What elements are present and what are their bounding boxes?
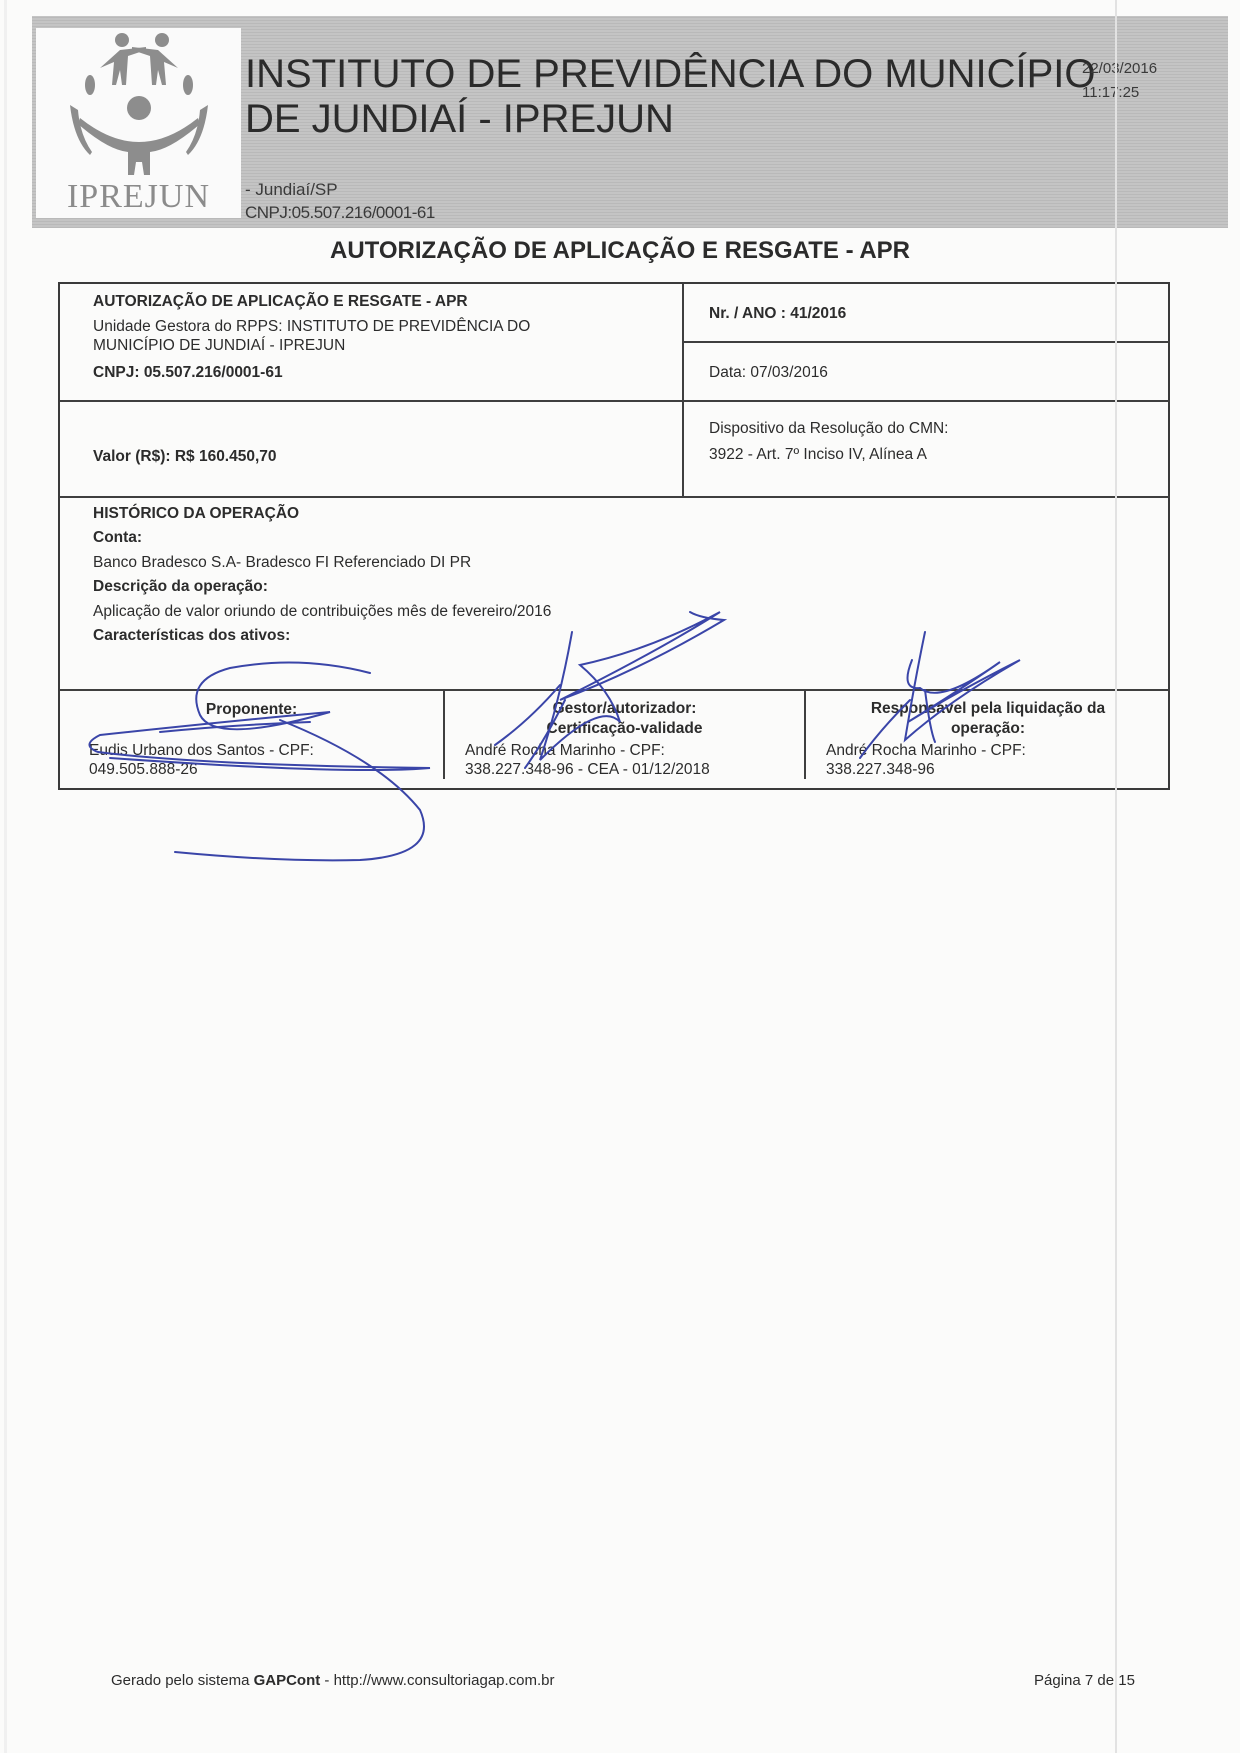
logo-text: IPREJUN <box>36 178 241 216</box>
signer-cpf: 338.227.348-96 - CEA - 01/12/2018 <box>465 761 710 779</box>
role-label: Gestor/autorizador: <box>445 700 804 718</box>
signature-gestor: Gestor/autorizador: Certificação-validad… <box>445 691 804 779</box>
people-circle-logo-icon <box>50 30 228 180</box>
form-date: Data: 07/03/2016 <box>709 364 828 382</box>
system-name: GAPCont <box>254 1672 321 1689</box>
page-number: Página 7 de 15 <box>1034 1672 1135 1689</box>
role-label: Proponente: <box>60 701 443 719</box>
role-label-cont: Certificação-validade <box>445 720 804 738</box>
signer-name: Eudis Urbano dos Santos - CPF: <box>89 742 314 760</box>
signer-cpf: 338.227.348-96 <box>826 761 935 779</box>
valor: Valor (R$): R$ 160.450,70 <box>93 448 277 466</box>
descricao-value: Aplicação de valor oriundo de contribuiç… <box>93 603 551 621</box>
conta-label: Conta: <box>93 529 142 547</box>
dispositivo-label: Dispositivo da Resolução do CMN: <box>709 420 949 438</box>
valor-amount: R$ 160.450,70 <box>175 448 277 465</box>
generated-time: 11:17:25 <box>1082 84 1139 101</box>
nr-ano: Nr. / ANO : 41/2016 <box>709 305 846 323</box>
system-url: - http://www.consultoriagap.com.br <box>320 1672 554 1689</box>
caracteristicas-label: Características dos ativos: <box>93 627 290 645</box>
divider <box>683 341 1170 343</box>
section-title: AUTORIZAÇÃO DE APLICAÇÃO E RESGATE - APR <box>93 293 468 311</box>
dispositivo-value: 3922 - Art. 7º Inciso IV, Alínea A <box>709 446 927 464</box>
unidade-gestora-cont: MUNICÍPIO DE JUNDIAÍ - IPREJUN <box>93 337 345 355</box>
descricao-label: Descrição da operação: <box>93 578 268 596</box>
apr-form: AUTORIZAÇÃO DE APLICAÇÃO E RESGATE - APR… <box>58 282 1170 790</box>
footer-generator: Gerado pelo sistema GAPCont - http://www… <box>111 1672 555 1689</box>
divider <box>682 284 684 498</box>
form-cnpj: CNPJ: 05.507.216/0001-61 <box>93 364 283 382</box>
signature-proponente: Proponente: Eudis Urbano dos Santos - CP… <box>60 691 443 779</box>
divider <box>60 496 1170 498</box>
unidade-gestora: Unidade Gestora do RPPS: INSTITUTO DE PR… <box>93 318 530 336</box>
signer-name: André Rocha Marinho - CPF: <box>465 742 665 760</box>
conta-value: Banco Bradesco S.A- Bradesco FI Referenc… <box>93 554 471 572</box>
org-title: INSTITUTO DE PREVIDÊNCIA DO MUNICÍPIO DE… <box>245 52 1095 142</box>
org-city: - Jundiaí/SP <box>245 180 338 200</box>
divider <box>60 400 1170 402</box>
signer-cpf: 049.505.888-26 <box>89 761 198 779</box>
document-title: AUTORIZAÇÃO DE APLICAÇÃO E RESGATE - APR <box>0 237 1240 265</box>
scan-line <box>1115 0 1117 1753</box>
historico-title: HISTÓRICO DA OPERAÇÃO <box>93 505 299 523</box>
logo: IPREJUN <box>36 28 241 218</box>
org-cnpj: CNPJ:05.507.216/0001-61 <box>245 203 435 223</box>
signer-name: André Rocha Marinho - CPF: <box>826 742 1026 760</box>
generated-date: 22/03/2016 <box>1082 60 1157 77</box>
